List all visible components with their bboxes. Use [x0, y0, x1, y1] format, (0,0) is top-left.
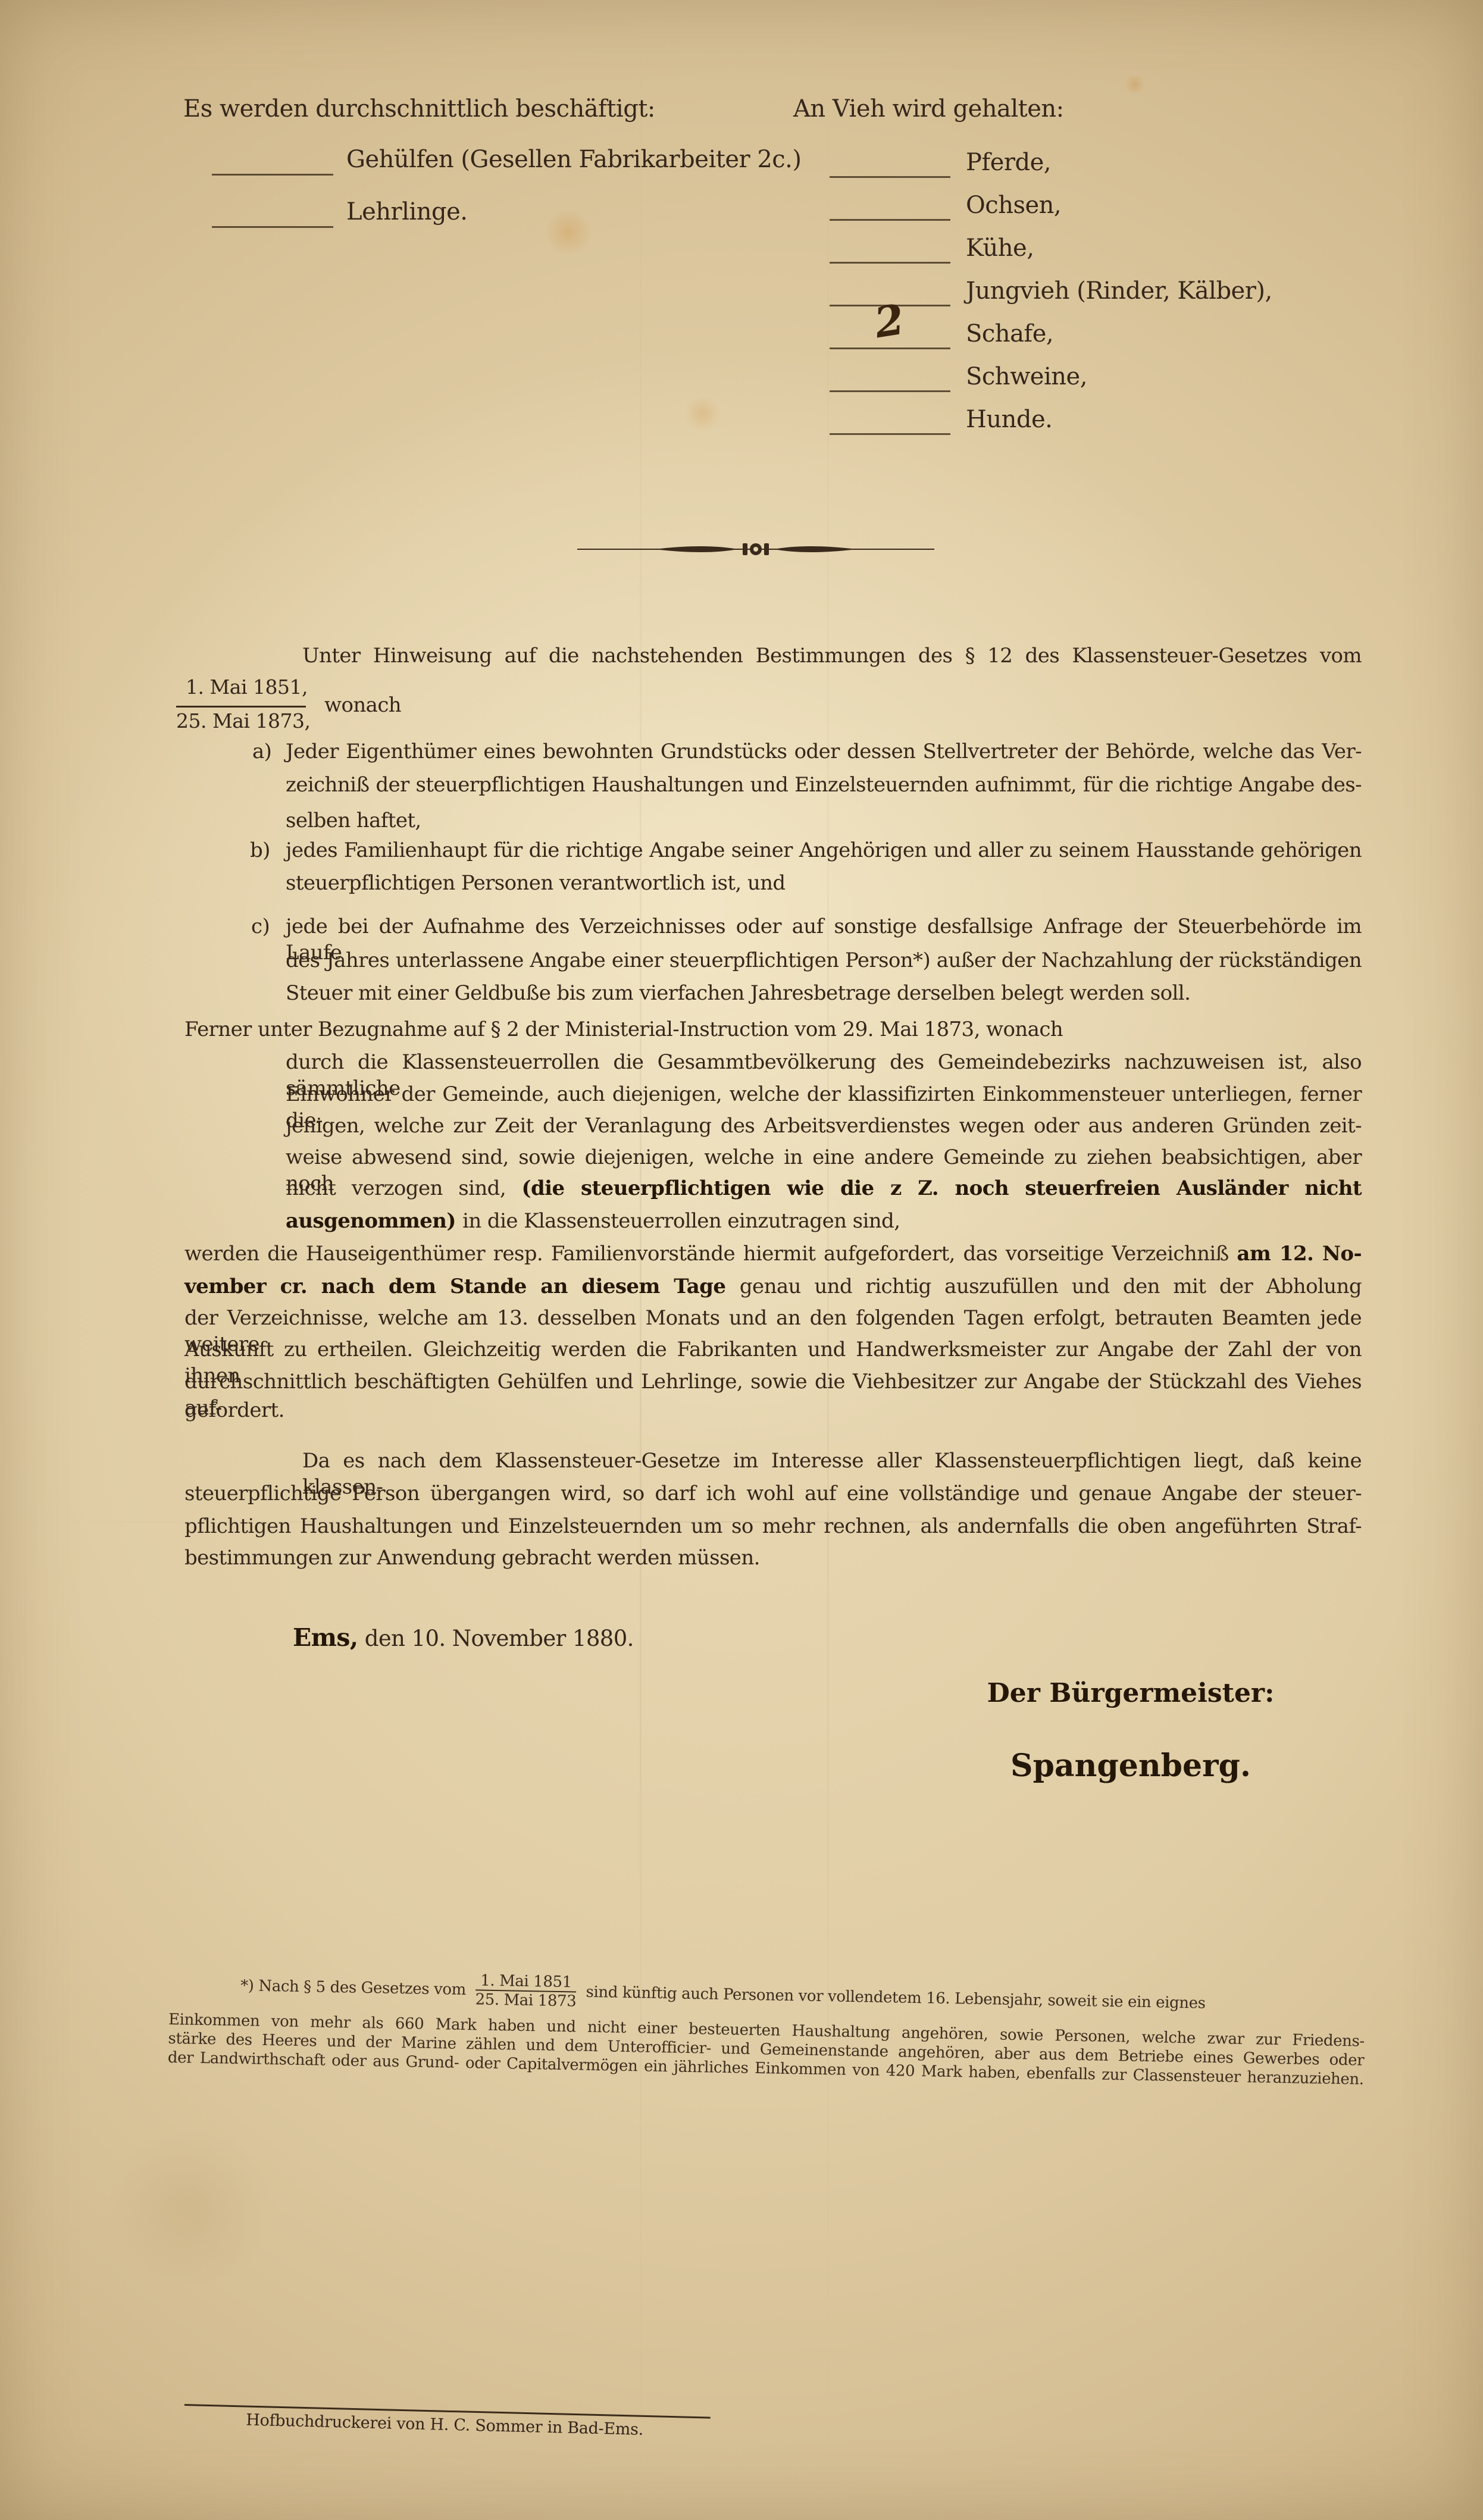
- signature-role: Der Bürgermeister:: [970, 1678, 1291, 1708]
- closing-line: bestimmungen zur Anwendung gebracht werd…: [184, 1545, 760, 1571]
- row-label-pferde: Pferde,: [966, 149, 1051, 176]
- divider-ornament-icon: [577, 536, 934, 562]
- request-line-emphasis: vember cr. nach dem Stande an diesem Tag…: [184, 1273, 1362, 1300]
- row-label-hunde: Hunde.: [966, 406, 1052, 433]
- law-date-over: 1. Mai 1851,: [186, 675, 308, 699]
- paper-stain: [1125, 74, 1145, 95]
- item-b-marker: b): [250, 837, 270, 863]
- law-date-under: 25. Mai 1873,: [176, 709, 310, 732]
- row-label-schweine: Schweine,: [966, 363, 1087, 390]
- law-ref-tail: wonach: [324, 692, 401, 718]
- dateline-date: den 10. November 1880.: [358, 1626, 634, 1651]
- fill-in-blank-ochsen: [830, 219, 950, 221]
- request-line: gefordert.: [184, 1397, 284, 1423]
- row-label-ochsen: Ochsen,: [966, 192, 1061, 219]
- paper-stain: [545, 208, 592, 256]
- request-line-bold-part: am 12. No-: [1237, 1242, 1362, 1266]
- closing-line: steuerpflichtige Person übergangen wird,…: [184, 1480, 1362, 1507]
- signature-block: Der Bürgermeister: Spangenberg.: [970, 1655, 1291, 1807]
- fill-in-blank-gehuelfen: [212, 174, 333, 176]
- request-line-normal-part: werden die Hauseigenthümer resp. Familie…: [184, 1242, 1237, 1266]
- footnote-law-date-under: 25. Mai 1873: [475, 1990, 576, 2010]
- block-line-bold-part: ausgenommen): [286, 1209, 462, 1233]
- fill-in-blank-schafe: [830, 348, 950, 349]
- block-line-normal-part: nicht verzogen sind,: [286, 1176, 522, 1200]
- footnote-law-date-over: 1. Mai 1851: [475, 1971, 577, 1992]
- paper-stain: [101, 2130, 280, 2285]
- block-line-bold-part: (die steuerpflichtigen wie die z Z. noch…: [522, 1176, 1362, 1200]
- ferner-line: Ferner unter Bezugnahme auf § 2 der Mini…: [184, 1016, 1063, 1043]
- item-b-line: jedes Familienhaupt für die richtige Ang…: [286, 837, 1362, 863]
- footnote-law-dates: 1. Mai 1851 25. Mai 1873: [475, 1971, 577, 2010]
- item-c-line: Steuer mit einer Geldbuße bis zum vierfa…: [286, 980, 1190, 1006]
- request-line: durchschnittlich beschäftigten Gehülfen …: [184, 1369, 1362, 1421]
- block-line-emphasis: nicht verzogen sind, (die steuerpflichti…: [286, 1175, 1362, 1201]
- item-c-marker: c): [251, 913, 270, 940]
- fill-in-blank-lehrlinge: [212, 226, 333, 228]
- block-line-emphasis: ausgenommen) in die Klassensteuerrollen …: [286, 1208, 900, 1234]
- footnote-pre: *) Nach § 5 des Gesetzes vom: [240, 1977, 466, 1999]
- block-line-normal-part: in die Klassensteuerrollen einzutragen s…: [462, 1209, 900, 1233]
- item-a-line: selben haftet,: [286, 807, 421, 834]
- fill-in-blank-kuehe: [830, 262, 950, 264]
- item-a-line: zeichniß der steuerpflichtigen Haushaltu…: [286, 772, 1362, 798]
- block-line: jenigen, welche zur Zeit der Veranlagung…: [286, 1113, 1362, 1139]
- printer-imprint: Hofbuchdruckerei von H. C. Sommer in Bad…: [184, 2404, 711, 2441]
- livestock-heading: An Vieh wird gehalten:: [793, 95, 1064, 123]
- row-label-lehrlinge: Lehrlinge.: [346, 198, 467, 226]
- document-page: Es werden durchschnittlich beschäftigt: …: [0, 0, 1483, 2520]
- row-label-kuehe: Kühe,: [966, 234, 1034, 262]
- section-divider-ornament: [565, 525, 934, 576]
- fill-in-blank-hunde: [830, 433, 950, 435]
- closing-line: pflichtigen Haushaltungen und Einzelsteu…: [184, 1513, 1362, 1539]
- request-line-bold-part: vember cr. nach dem Stande an diesem Tag…: [184, 1275, 740, 1298]
- signature-name: Spangenberg.: [970, 1748, 1291, 1784]
- employees-heading: Es werden durchschnittlich beschäftigt:: [183, 95, 655, 123]
- item-a-line: Jeder Eigenthümer eines bewohnten Grunds…: [286, 738, 1362, 765]
- row-label-schafe: Schafe,: [966, 320, 1053, 348]
- dateline-place: Ems,: [293, 1623, 358, 1652]
- item-b-line: steuerpflichtigen Personen verantwortlic…: [286, 870, 786, 896]
- request-line-emphasis: werden die Hauseigenthümer resp. Familie…: [184, 1241, 1362, 1267]
- dateline: Ems, den 10. November 1880.: [293, 1624, 634, 1652]
- item-c-line: des Jahres unterlassene Angabe einer ste…: [286, 947, 1362, 973]
- fill-in-blank-pferde: [830, 176, 950, 178]
- fill-in-blank-schweine: [830, 390, 950, 392]
- footnote: *) Nach § 5 des Gesetzes vom 1. Mai 1851…: [168, 1959, 1366, 2089]
- paper-stain: [684, 396, 720, 431]
- request-line-normal-part: genau und richtig auszufüllen und den mi…: [740, 1275, 1362, 1298]
- footnote-post: sind künftig auch Personen vor vollendet…: [586, 1983, 1206, 2012]
- intro-line: Unter Hinweisung auf die nachstehenden B…: [302, 643, 1362, 669]
- law-date-bar: [176, 706, 306, 708]
- row-label-gehuelfen: Gehülfen (Gesellen Fabrikarbeiter 2c.): [346, 146, 802, 173]
- item-a-marker: a): [252, 738, 271, 765]
- row-label-jungvieh: Jungvieh (Rinder, Kälber),: [966, 277, 1272, 305]
- handwritten-count-schafe: 2: [871, 295, 908, 348]
